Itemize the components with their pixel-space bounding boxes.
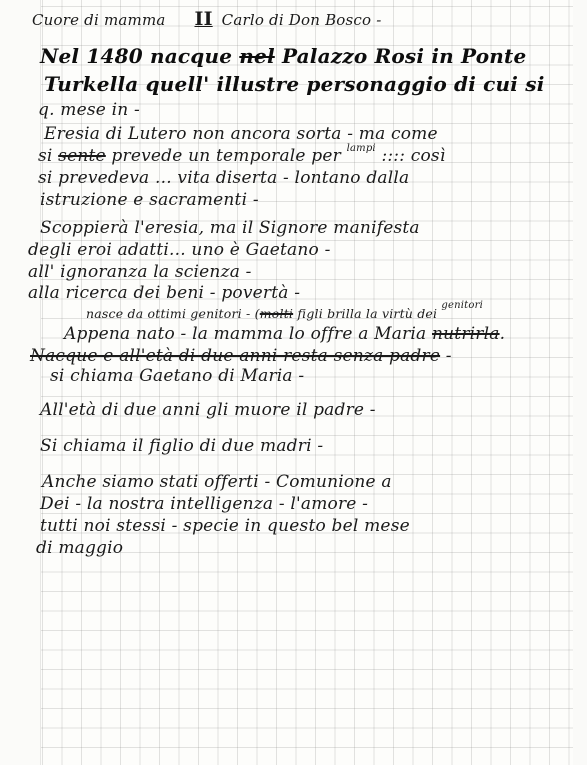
paragraph-1-line-2: Turkella quell' illustre personaggio di … (44, 72, 545, 96)
paragraph-3-line-4: alla ricerca dei beni - povertà - (28, 283, 300, 303)
paragraph-2-line-3: si prevedeva ... vita diserta - lontano … (38, 168, 409, 188)
paragraph-3-line-3: all' ignoranza la scienza - (28, 262, 252, 282)
right-margin (573, 0, 587, 765)
insertion-note: lampi (347, 143, 376, 154)
paragraph-1-line-1: Nel 1480 nacque nel Palazzo Rosi in Pont… (40, 44, 526, 68)
paragraph-7-line-1: Anche siamo stati offerti - Comunione a (42, 472, 392, 492)
left-margin (0, 0, 41, 765)
paragraph-3-line-2: degli eroi adatti... uno è Gaetano - (28, 240, 331, 260)
paragraph-6-line-1: Si chiama il figlio di due madri - (40, 436, 323, 456)
header-subject: Carlo di Don Bosco - (222, 11, 382, 29)
paragraph-7-line-3: tutti noi stessi - specie in questo bel … (40, 516, 410, 536)
paragraph-4-line-4: si chiama Gaetano di Maria - (50, 366, 304, 386)
insertion-note: genitori (441, 300, 483, 311)
notebook-page: Cuore di mamma II Carlo di Don Bosco - N… (0, 0, 587, 765)
header-title: Cuore di mamma (32, 11, 166, 29)
paragraph-2-line-2: si sente prevede un temporale per lampi … (38, 146, 445, 166)
paragraph-2-line-4: istruzione e sacramenti - (40, 190, 259, 210)
paragraph-7-line-2: Dei - la nostra intelligenza - l'amore - (40, 494, 368, 514)
paragraph-4-line-2: Appena nato - la mamma lo offre a Maria … (64, 324, 505, 344)
paragraph-4-line-3-struck: Nacque e all'età di due anni resta senza… (30, 346, 452, 366)
paragraph-4-line-1: nasce da ottimi genitori - (molti figli … (86, 306, 483, 321)
paragraph-2-line-1: Eresia di Lutero non ancora sorta - ma c… (44, 124, 438, 144)
paragraph-1-line-3: q. mese in - (38, 100, 140, 120)
page-header: Cuore di mamma II Carlo di Don Bosco - (32, 8, 386, 30)
paragraph-5-line-1: All'età di due anni gli muore il padre - (40, 400, 376, 420)
header-numeral: II (194, 8, 212, 30)
paragraph-7-line-4: di maggio (36, 538, 123, 558)
paragraph-3-line-1: Scoppierà l'eresia, ma il Signore manife… (40, 218, 420, 238)
